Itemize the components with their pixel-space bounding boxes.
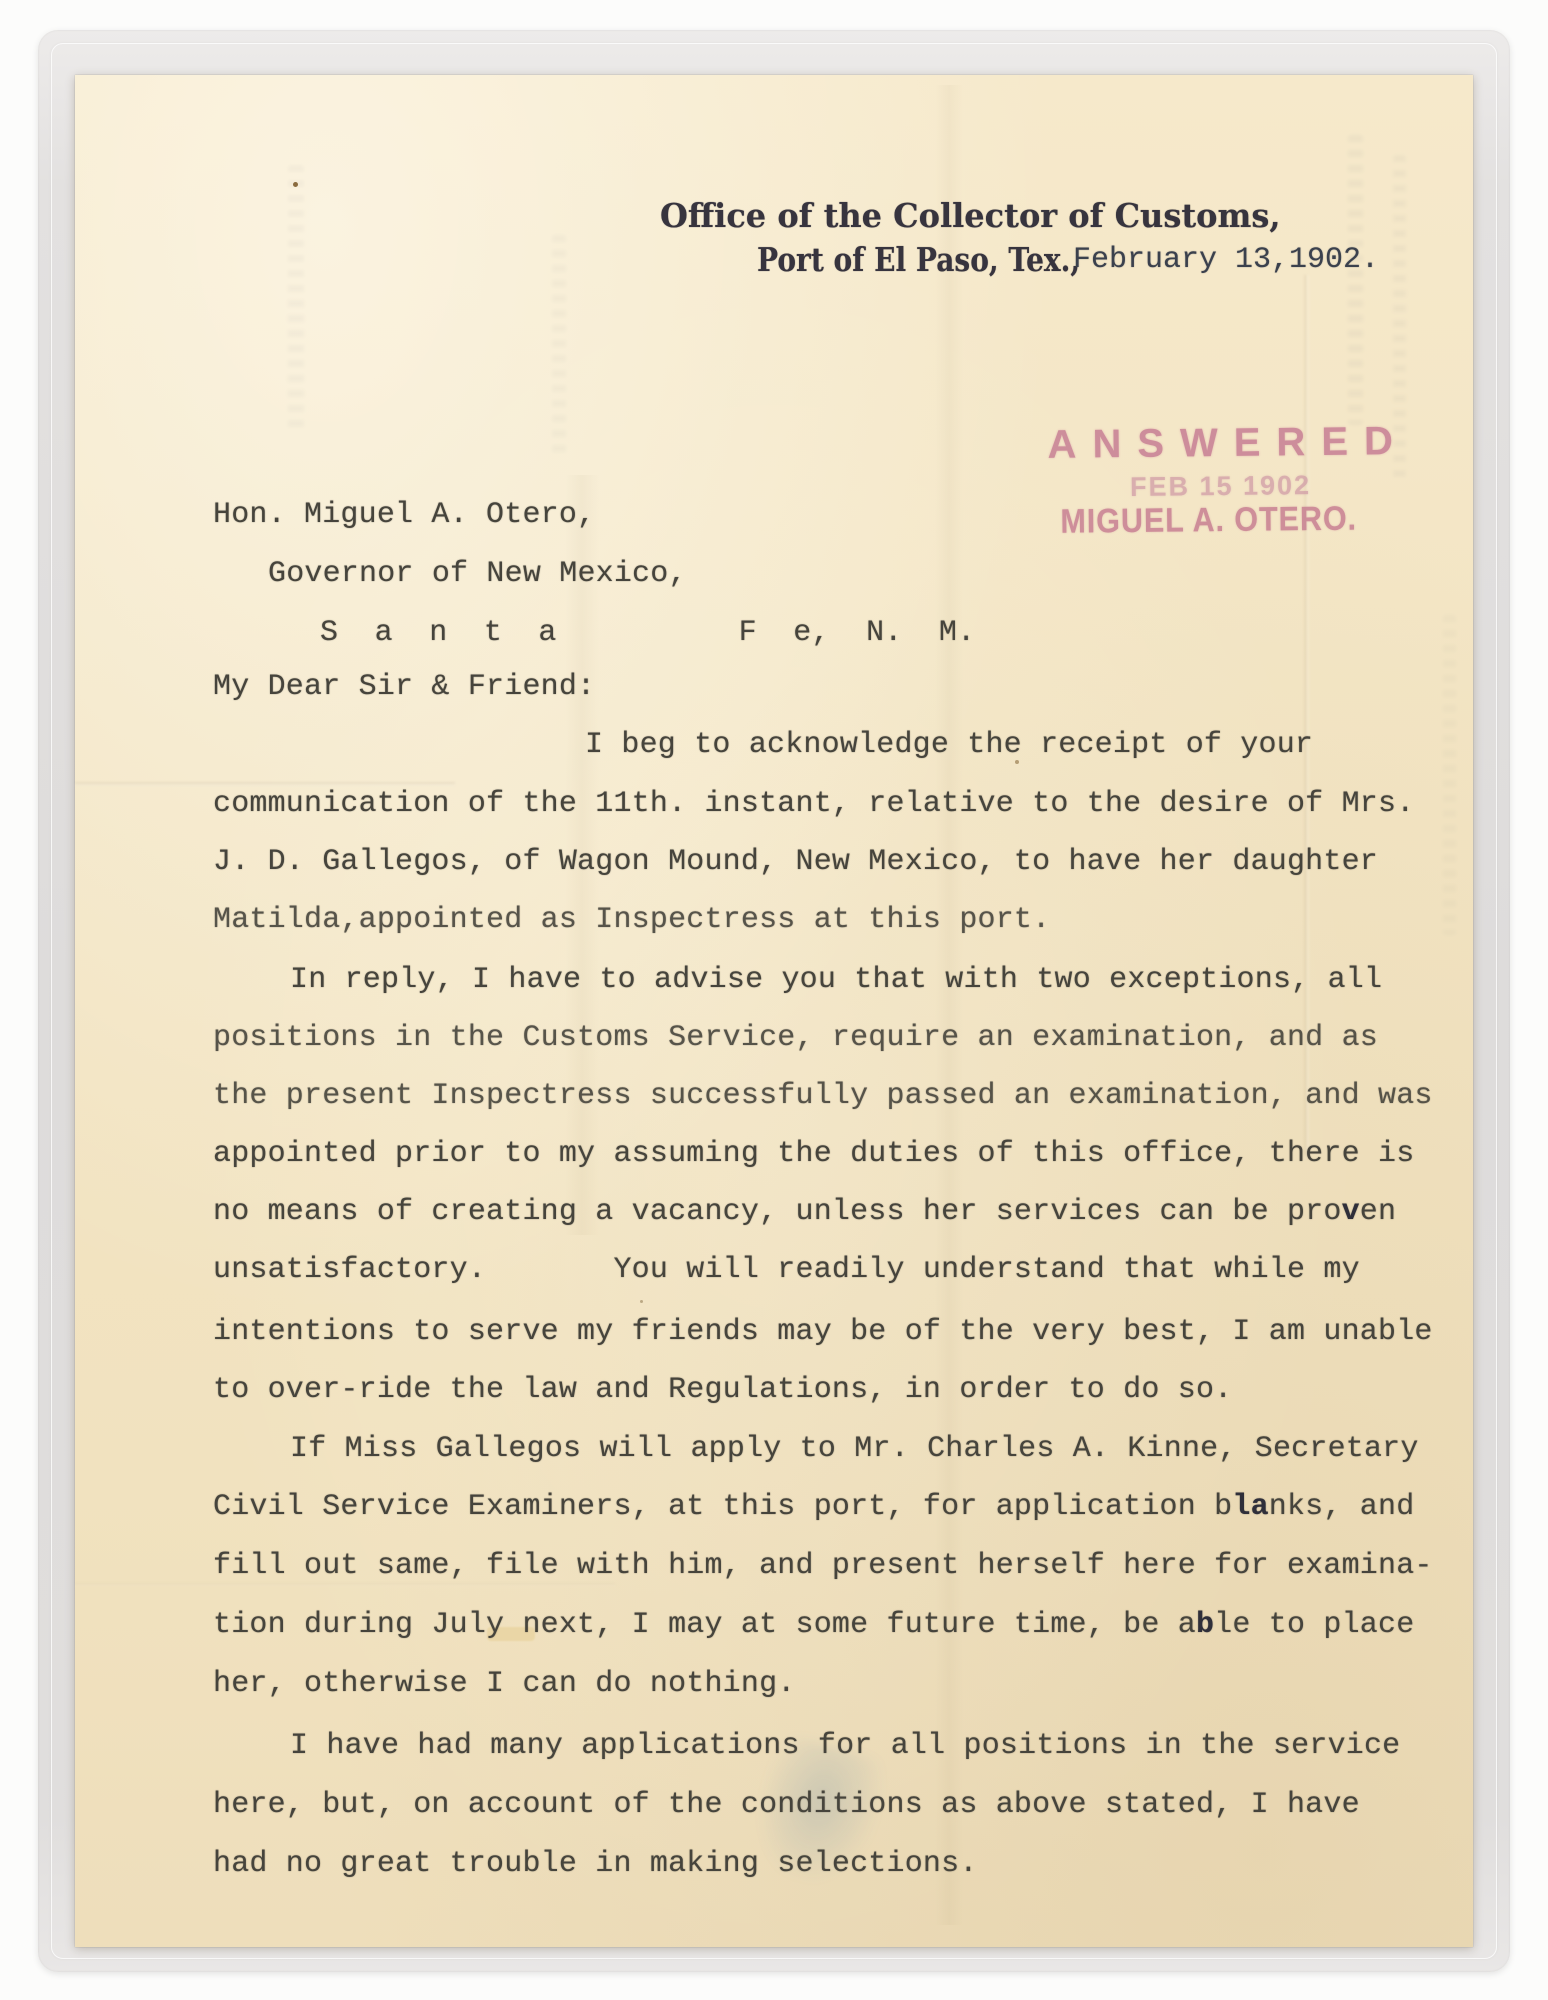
body-line: intentions to serve my friends may be of… <box>213 1315 1433 1349</box>
recipient-city-line: S a n t a F e, N. M. <box>320 616 975 650</box>
body-text: tion during July next, I may at some fut… <box>213 1608 1196 1642</box>
speck <box>293 182 298 187</box>
body-line: J. D. Gallegos, of Wagon Mound, New Mexi… <box>213 845 1378 879</box>
overstruck-text: la <box>1232 1490 1268 1524</box>
horizontal-crease <box>75 782 455 786</box>
body-text: no means of creating a vacancy, unless h… <box>213 1195 1342 1229</box>
body-line: Matilda,appointed as Inspectress at this… <box>213 903 1050 937</box>
body-text: le to place <box>1214 1608 1414 1642</box>
overstruck-text: b <box>1196 1608 1214 1642</box>
document-photo: { "letterhead": { "line1": "Office of th… <box>0 0 1548 2000</box>
recipient-title-line: Governor of New Mexico, <box>268 557 687 591</box>
body-text: Civil Service Examiners, at this port, f… <box>213 1490 1232 1524</box>
stamp-answered-text: ANSWERED <box>1047 419 1409 468</box>
body-line: to over-ride the law and Regulations, in… <box>213 1373 1232 1407</box>
body-line: I beg to acknowledge the receipt of your <box>585 728 1313 762</box>
body-line: here, but, on account of the conditions … <box>213 1788 1360 1822</box>
body-line: her, otherwise I can do nothing. <box>213 1667 796 1701</box>
ghost-mark <box>552 235 566 455</box>
letterhead-office-line: Office of the Collector of Customs, <box>660 196 1281 235</box>
body-line: appointed prior to my assuming the dutie… <box>213 1137 1414 1171</box>
body-line: communication of the 11th. instant, rela… <box>213 787 1414 821</box>
body-line: the present Inspectress successfully pas… <box>213 1079 1433 1113</box>
recipient-name-line: Hon. Miguel A. Otero, <box>213 498 595 532</box>
speck <box>640 1300 643 1303</box>
body-text: en <box>1360 1195 1396 1229</box>
ghost-mark <box>1443 615 1456 935</box>
body-line: tion during July next, I may at some fut… <box>213 1608 1414 1642</box>
answered-stamp: ANSWERED FEB 15 1902 MIGUEL A. OTERO. <box>1047 419 1400 555</box>
overstruck-text: v <box>1342 1195 1360 1229</box>
body-line: I have had many applications for all pos… <box>290 1729 1400 1763</box>
paper-undulation <box>935 85 963 1925</box>
body-line: unsatisfactory. You will readily underst… <box>213 1253 1360 1287</box>
salutation: My Dear Sir & Friend: <box>213 670 595 704</box>
body-line: If Miss Gallegos will apply to Mr. Charl… <box>290 1432 1419 1466</box>
letterhead-port-line: Port of El Paso, Tex., <box>757 240 1080 279</box>
body-line: In reply, I have to advise you that with… <box>290 963 1382 997</box>
body-line: had no great trouble in making selection… <box>213 1847 978 1881</box>
ghost-mark <box>288 165 304 435</box>
body-text: nks, and <box>1269 1490 1415 1524</box>
ghost-mark <box>1348 135 1363 425</box>
body-line: fill out same, file with him, and presen… <box>213 1549 1433 1583</box>
body-line: Civil Service Examiners, at this port, f… <box>213 1490 1414 1524</box>
letterhead-date: February 13,1902. <box>1073 243 1379 277</box>
stamp-date-text: FEB 15 1902 <box>1130 470 1311 503</box>
horizontal-crease <box>75 1583 615 1586</box>
body-line: no means of creating a vacancy, unless h… <box>213 1195 1396 1229</box>
stamp-name-text: MIGUEL A. OTERO. <box>1060 500 1357 542</box>
body-line: positions in the Customs Service, requir… <box>213 1021 1378 1055</box>
